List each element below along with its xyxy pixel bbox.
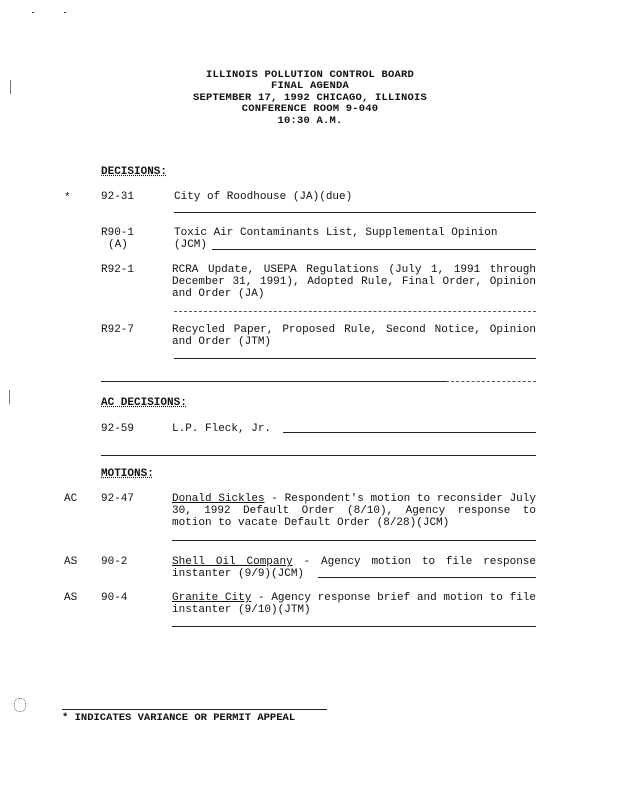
section-heading-decisions: DECISIONS:	[101, 166, 167, 178]
scan-mark	[10, 80, 11, 94]
case-number: R92-1	[101, 264, 134, 276]
motion-description: Granite City - Agency response brief and…	[172, 592, 536, 616]
footer-rule	[62, 709, 327, 710]
signature-line	[172, 626, 536, 627]
motion-code: AS	[64, 556, 77, 568]
motion-description: Donald Sickles - Respondent's motion to …	[172, 493, 536, 530]
signature-line	[212, 249, 536, 250]
case-description: RCRA Update, USEPA Regulations (July 1, …	[172, 264, 536, 301]
signature-line	[174, 311, 536, 312]
scan-speck	[64, 12, 66, 13]
motion-code: AS	[64, 592, 77, 604]
signature-line	[318, 577, 536, 578]
party-name: Donald Sickles	[172, 493, 265, 505]
agenda-page: ILLINOIS POLLUTION CONTROL BOARD FINAL A…	[0, 0, 618, 800]
scan-blemish	[14, 698, 26, 712]
case-number: R92-7	[101, 324, 134, 336]
section-heading-ac-decisions: AC DECISIONS:	[101, 397, 187, 409]
signature-line	[172, 540, 536, 541]
signature-line	[283, 432, 536, 433]
meeting-room: CONFERENCE ROOM 9-040	[150, 104, 470, 116]
case-number: 90-2	[101, 556, 127, 568]
case-number: 90-4	[101, 592, 127, 604]
case-number: 92-59	[101, 423, 134, 435]
case-subnumber: (A)	[108, 239, 128, 251]
section-divider-tail	[446, 381, 536, 382]
section-heading-motions: MOTIONS:	[101, 468, 154, 480]
case-number: R90-1	[101, 227, 134, 239]
case-description: Recycled Paper, Proposed Rule, Second No…	[172, 324, 536, 348]
case-description-cont: (JCM)	[174, 239, 207, 251]
section-divider	[101, 381, 446, 382]
case-number: 92-47	[101, 493, 134, 505]
signature-line	[174, 358, 536, 359]
party-name: Granite City	[172, 592, 251, 604]
case-description: Toxic Air Contaminants List, Supplementa…	[174, 227, 497, 239]
scan-speck	[32, 12, 34, 13]
section-divider	[101, 455, 536, 456]
footnote-variance: * INDICATES VARIANCE OR PERMIT APPEAL	[62, 712, 295, 724]
case-description: L.P. Fleck, Jr.	[172, 423, 271, 435]
meeting-time: 10:30 A.M.	[150, 116, 470, 128]
variance-marker: *	[64, 192, 71, 204]
signature-line	[174, 212, 536, 213]
party-name: Shell Oil Company	[172, 556, 293, 568]
case-number: 92-31	[101, 191, 134, 203]
motion-code: AC	[64, 493, 77, 505]
case-description: City of Roodhouse (JA)(due)	[174, 191, 352, 203]
agenda-title: FINAL AGENDA	[150, 81, 470, 93]
scan-mark	[9, 390, 10, 404]
